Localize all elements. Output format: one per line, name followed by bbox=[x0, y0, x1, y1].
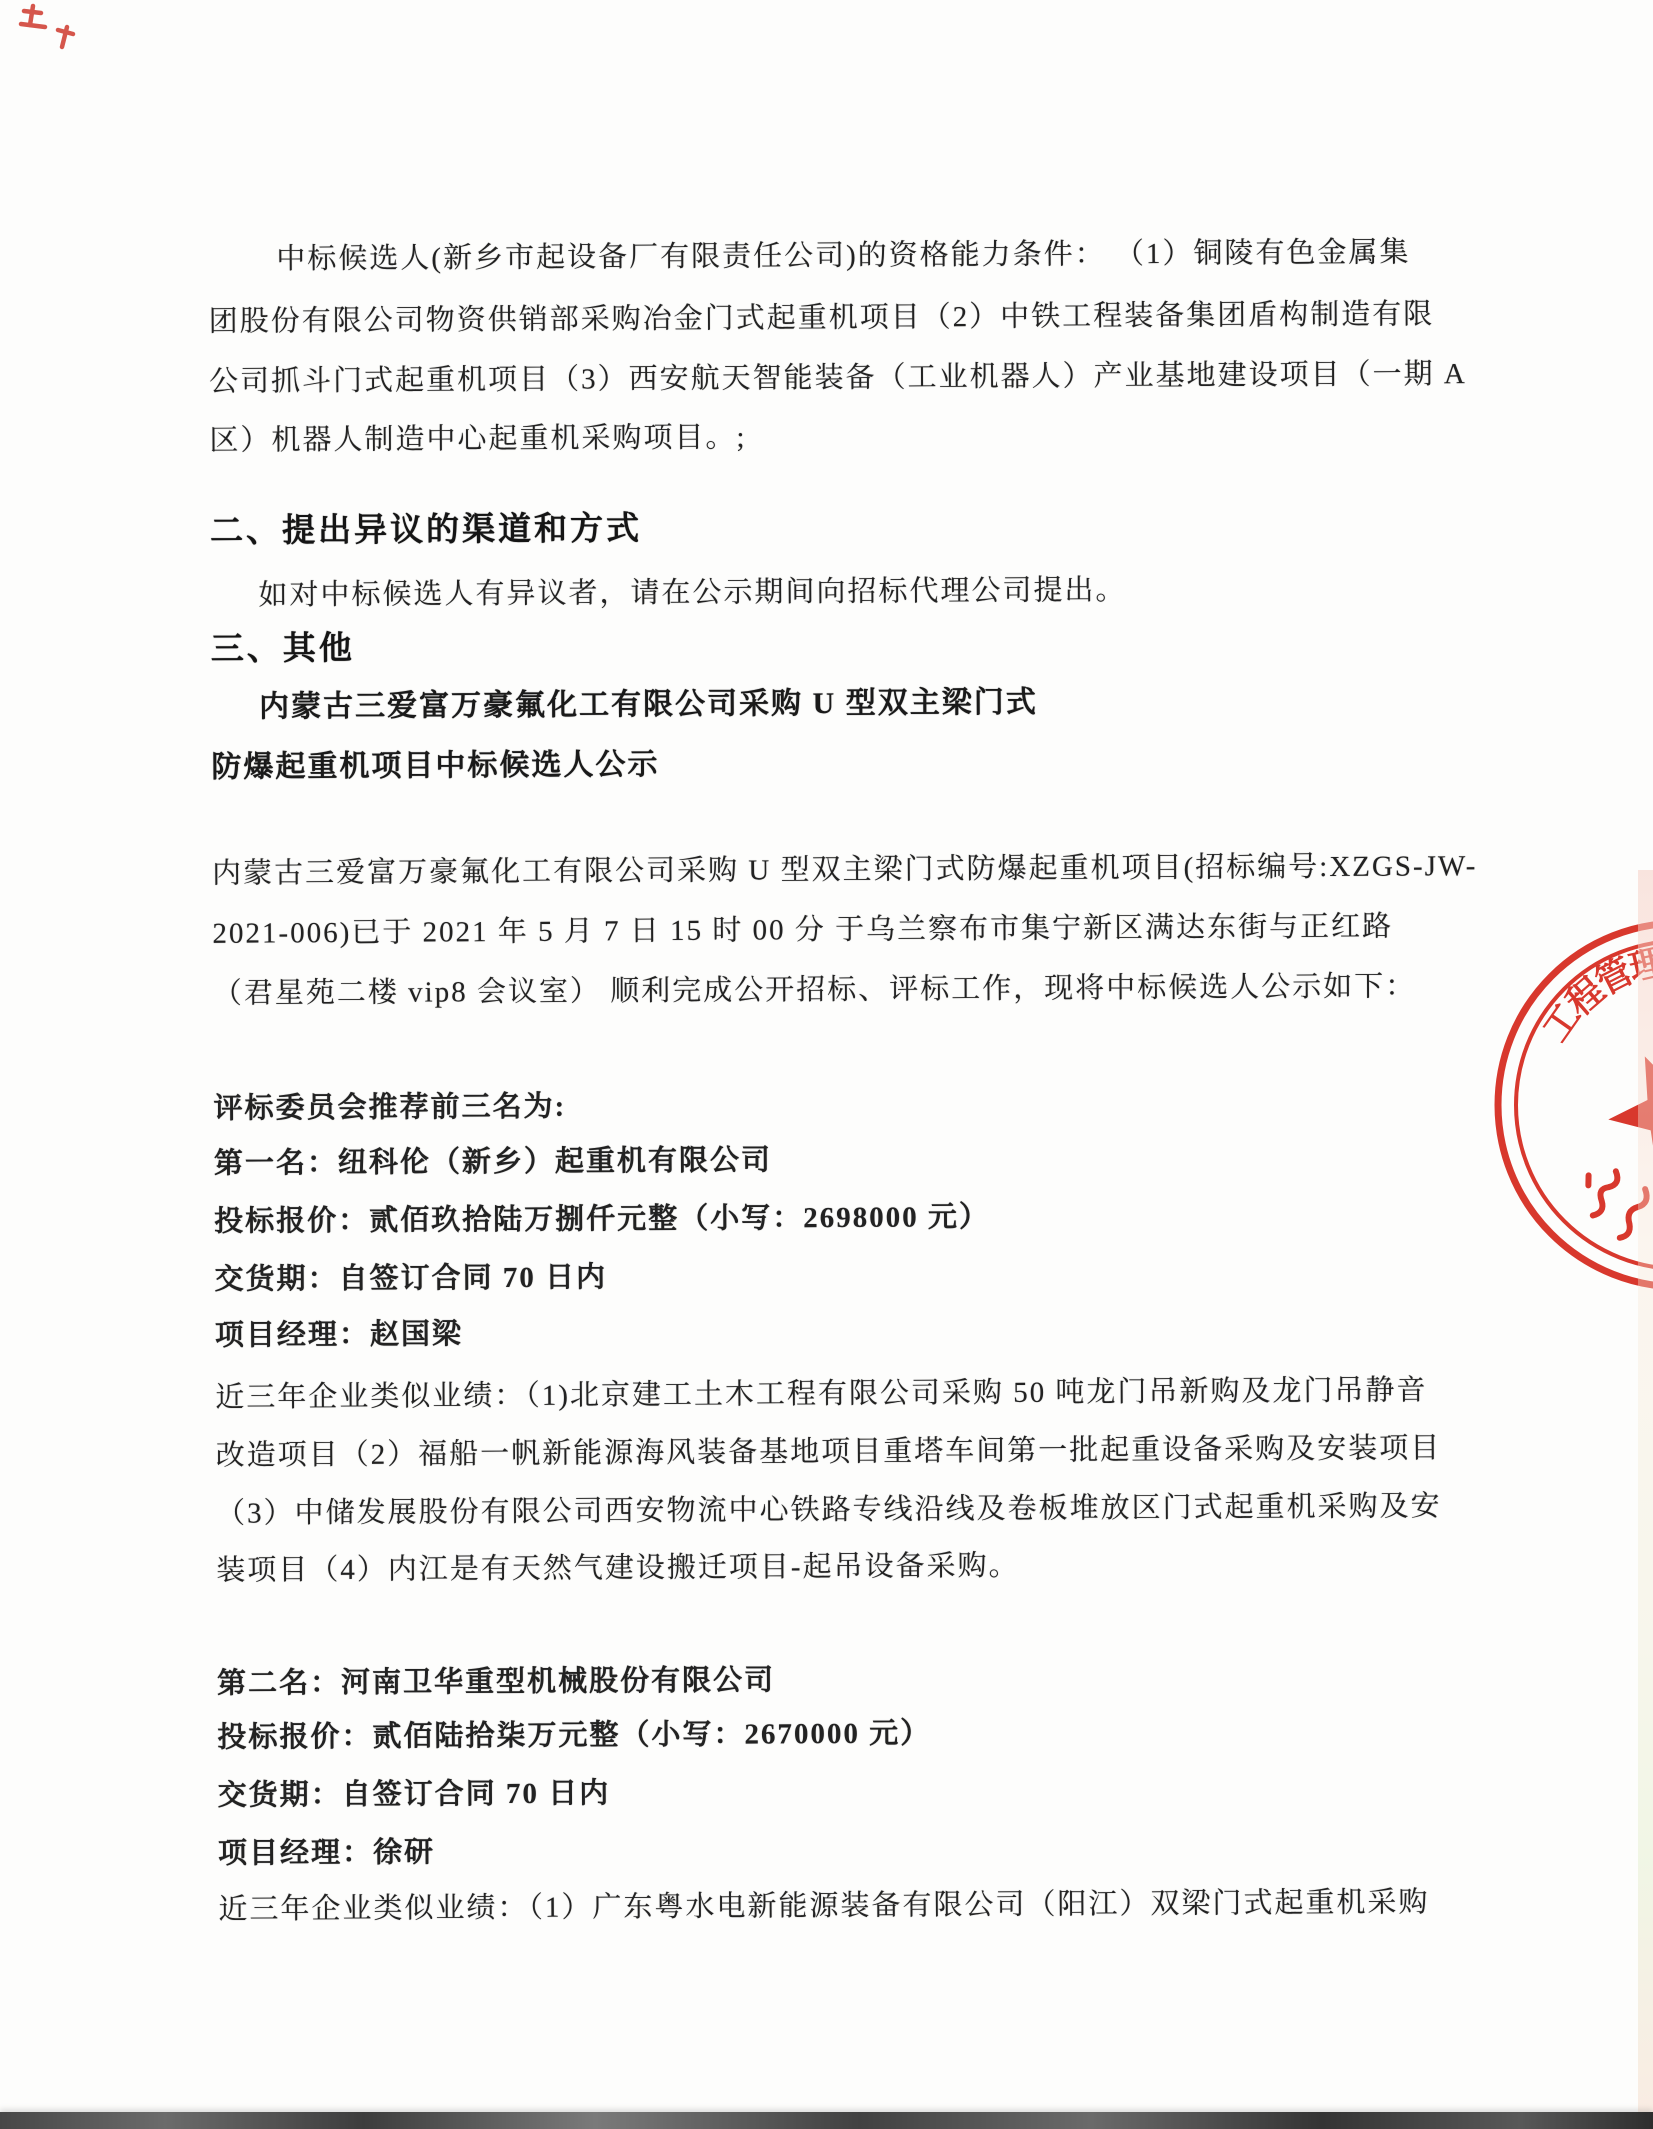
intro-paragraph-line: 中标候选人(新乡市起设备厂有限责任公司)的资格能力条件： （1）铜陵有色金属集 bbox=[208, 232, 1526, 280]
scan-edge-tint bbox=[1638, 870, 1653, 2112]
official-seal-stamp: 工 程 管 理 bbox=[1480, 905, 1653, 1305]
candidate1-delivery: 交货期：自签订合同 70 日内 bbox=[214, 1252, 1464, 1300]
project-paragraph-line: 2021-006)已于 2021 年 5 月 7 日 15 时 00 分 于乌兰… bbox=[212, 906, 1462, 954]
intro-paragraph-line: 区）机器人制造中心起重机采购项目。; bbox=[209, 413, 1459, 461]
project-paragraph-line: （君星苑二楼 vip8 会议室） 顺利完成公开招标、评标工作，现将中标候选人公示… bbox=[213, 966, 1463, 1014]
candidate2-rank-name: 第二名：河南卫华重型机械股份有限公司 bbox=[217, 1656, 1467, 1704]
intro-paragraph-line: 团股份有限公司物资供销部采购冶金门式起重机项目（2）中铁工程装备集团盾构制造有限 bbox=[209, 294, 1459, 342]
recommendation-intro: 评标委员会推荐前三名为: bbox=[213, 1081, 1463, 1129]
section3-heading: 三、其他 bbox=[211, 622, 1461, 670]
section2-body: 如对中标候选人有异议者，请在公示期间向招标代理公司提出。 bbox=[210, 568, 1508, 616]
corner-red-marks bbox=[10, 2, 94, 64]
announcement-title-line: 内蒙古三爱富万豪氟化工有限公司采购 U 型双主梁门式 bbox=[211, 680, 1509, 728]
scanner-bottom-edge bbox=[0, 2112, 1653, 2129]
candidate1-bid-price: 投标报价：贰佰玖拾陆万捌仟元整（小写：2698000 元） bbox=[214, 1194, 1464, 1242]
project-paragraph-line: 内蒙古三爱富万豪氟化工有限公司采购 U 型双主梁门式防爆起重机项目(招标编号:X… bbox=[212, 846, 1462, 894]
section2-heading: 二、提出异议的渠道和方式 bbox=[210, 504, 1460, 552]
candidate2-delivery: 交货期：自签订合同 70 日内 bbox=[218, 1768, 1468, 1816]
candidate1-performance-line: （3）中储发展股份有限公司西安物流中心铁路专线沿线及卷板堆放区门式起重机采购及安 bbox=[216, 1486, 1466, 1534]
scanned-document-page: 中标候选人(新乡市起设备厂有限责任公司)的资格能力条件： （1）铜陵有色金属集 … bbox=[0, 0, 1653, 2129]
candidate2-performance-line: 近三年企业类似业绩：（1）广东粤水电新能源装备有限公司（阳江）双梁门式起重机采购 bbox=[218, 1882, 1468, 1930]
candidate2-manager: 项目经理：徐研 bbox=[218, 1826, 1468, 1874]
intro-paragraph-line: 公司抓斗门式起重机项目（3）西安航天智能装备（工业机器人）产业基地建设项目（一期… bbox=[209, 354, 1459, 402]
candidate1-performance-line: 改造项目（2）福船一帆新能源海风装备基地项目重塔车间第一批起重设备采购及安装项目 bbox=[216, 1428, 1466, 1476]
candidate1-rank-name: 第一名：纽科伦（新乡）起重机有限公司 bbox=[214, 1136, 1464, 1184]
candidate1-performance-line: 近三年企业类似业绩：（1)北京建工土木工程有限公司采购 50 吨龙门吊新购及龙门… bbox=[215, 1370, 1465, 1418]
announcement-title-line: 防爆起重机项目中标候选人公示 bbox=[211, 740, 1461, 788]
candidate2-bid-price: 投标报价：贰佰陆拾柒万元整（小写：2670000 元） bbox=[217, 1710, 1467, 1758]
document-text-layer: 中标候选人(新乡市起设备厂有限责任公司)的资格能力条件： （1）铜陵有色金属集 … bbox=[207, 0, 1470, 2129]
candidate1-manager: 项目经理：赵国梁 bbox=[215, 1308, 1465, 1356]
candidate1-performance-line: 装项目（4）内江是有天然气建设搬迁项目-起吊设备采购。 bbox=[216, 1543, 1466, 1591]
